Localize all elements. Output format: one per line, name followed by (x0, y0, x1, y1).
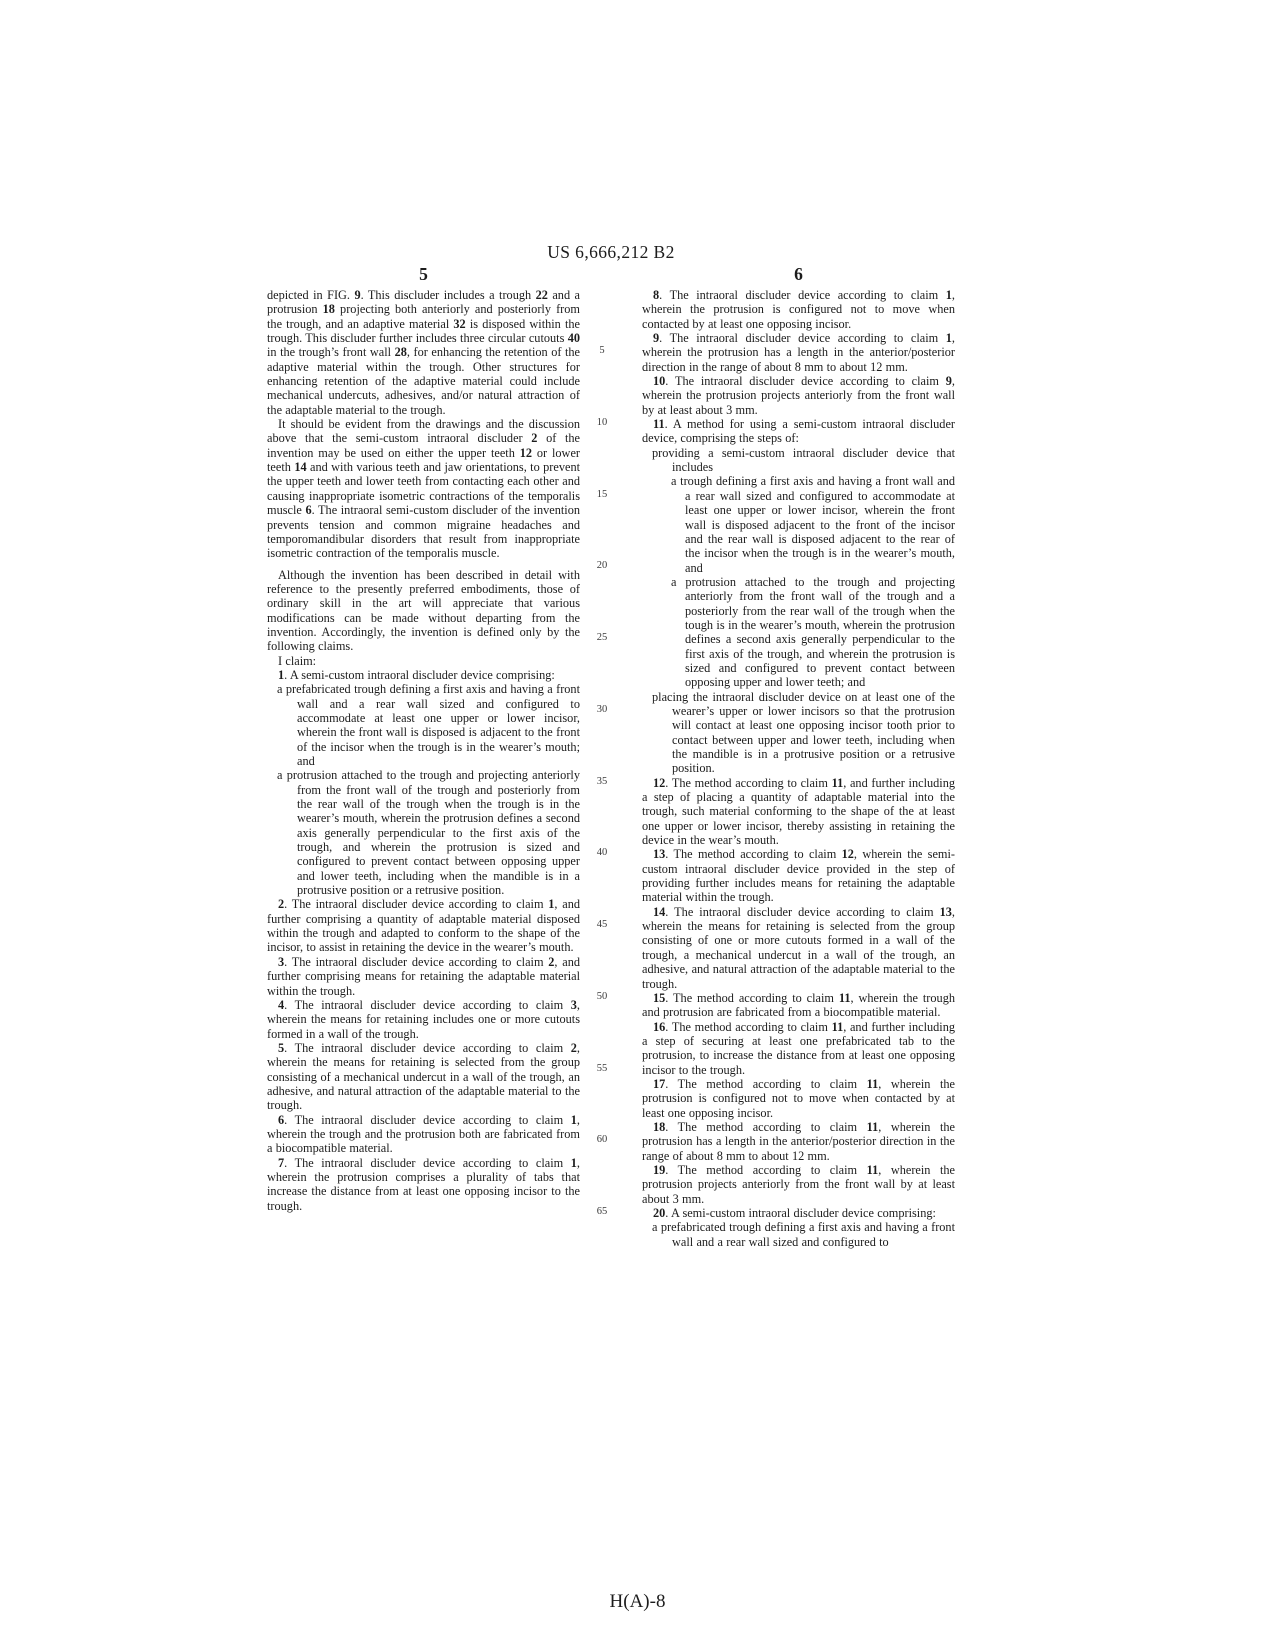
claim-2: 2. The intraoral discluder device accord… (267, 897, 580, 954)
line-number: 15 (582, 489, 622, 500)
claim-11-step: providing a semi-custom intraoral disclu… (642, 446, 955, 475)
line-number: 60 (582, 1134, 622, 1145)
claim-17: 17. The method according to claim 11, wh… (642, 1077, 955, 1120)
column-right: 8. The intraoral discluder device accord… (642, 288, 955, 1249)
patent-page: US 6,666,212 B2 5 6 51015202530354045505… (0, 0, 1275, 1650)
claim-6: 6. The intraoral discluder device accord… (267, 1113, 580, 1156)
description-paragraph: Although the invention has been describe… (267, 568, 580, 654)
description-paragraph: It should be evident from the drawings a… (267, 417, 580, 560)
line-number-gutter: 5101520253035404550556065 (582, 288, 622, 1253)
claim-3: 3. The intraoral discluder device accord… (267, 955, 580, 998)
claim-7: 7. The intraoral discluder device accord… (267, 1156, 580, 1213)
line-number: 55 (582, 1063, 622, 1074)
page-header-patent-number: US 6,666,212 B2 (267, 242, 955, 263)
claim-18: 18. The method according to claim 11, wh… (642, 1120, 955, 1163)
line-number: 25 (582, 632, 622, 643)
claim-9: 9. The intraoral discluder device accord… (642, 331, 955, 374)
line-number: 5 (582, 345, 622, 356)
claim-12: 12. The method according to claim 11, an… (642, 776, 955, 848)
claim-19: 19. The method according to claim 11, wh… (642, 1163, 955, 1206)
claim-13: 13. The method according to claim 12, wh… (642, 847, 955, 904)
claim-5: 5. The intraoral discluder device accord… (267, 1041, 580, 1113)
claim-20-element: a prefabricated trough defining a first … (642, 1220, 955, 1249)
claim-11-element: a protrusion attached to the trough and … (642, 575, 955, 690)
claims-preamble: I claim: (267, 654, 580, 668)
line-number: 10 (582, 417, 622, 428)
claim-1: 1. A semi-custom intraoral discluder dev… (267, 668, 580, 682)
claim-8: 8. The intraoral discluder device accord… (642, 288, 955, 331)
page-footer-label: H(A)-8 (0, 1591, 1275, 1613)
claim-1-element: a prefabricated trough defining a first … (267, 682, 580, 768)
line-number: 45 (582, 919, 622, 930)
claim-1-element: a protrusion attached to the trough and … (267, 768, 580, 897)
claim-11: 11. A method for using a semi-custom int… (642, 417, 955, 446)
claim-14: 14. The intraoral discluder device accor… (642, 905, 955, 991)
claim-16: 16. The method according to claim 11, an… (642, 1020, 955, 1077)
claim-11-step: placing the intraoral discluder device o… (642, 690, 955, 776)
line-number: 30 (582, 704, 622, 715)
claim-11-element: a trough defining a first axis and havin… (642, 474, 955, 574)
claim-10: 10. The intraoral discluder device accor… (642, 374, 955, 417)
claim-20: 20. A semi-custom intraoral discluder de… (642, 1206, 955, 1220)
line-number: 35 (582, 776, 622, 787)
line-number: 20 (582, 560, 622, 571)
claim-4: 4. The intraoral discluder device accord… (267, 998, 580, 1041)
claim-15: 15. The method according to claim 11, wh… (642, 991, 955, 1020)
column-number-right: 6 (642, 264, 955, 285)
line-number: 40 (582, 847, 622, 858)
column-number-left: 5 (267, 264, 580, 285)
description-paragraph: depicted in FIG. 9. This discluder inclu… (267, 288, 580, 417)
line-number: 50 (582, 991, 622, 1002)
line-number: 65 (582, 1206, 622, 1217)
column-left: depicted in FIG. 9. This discluder inclu… (267, 288, 580, 1213)
